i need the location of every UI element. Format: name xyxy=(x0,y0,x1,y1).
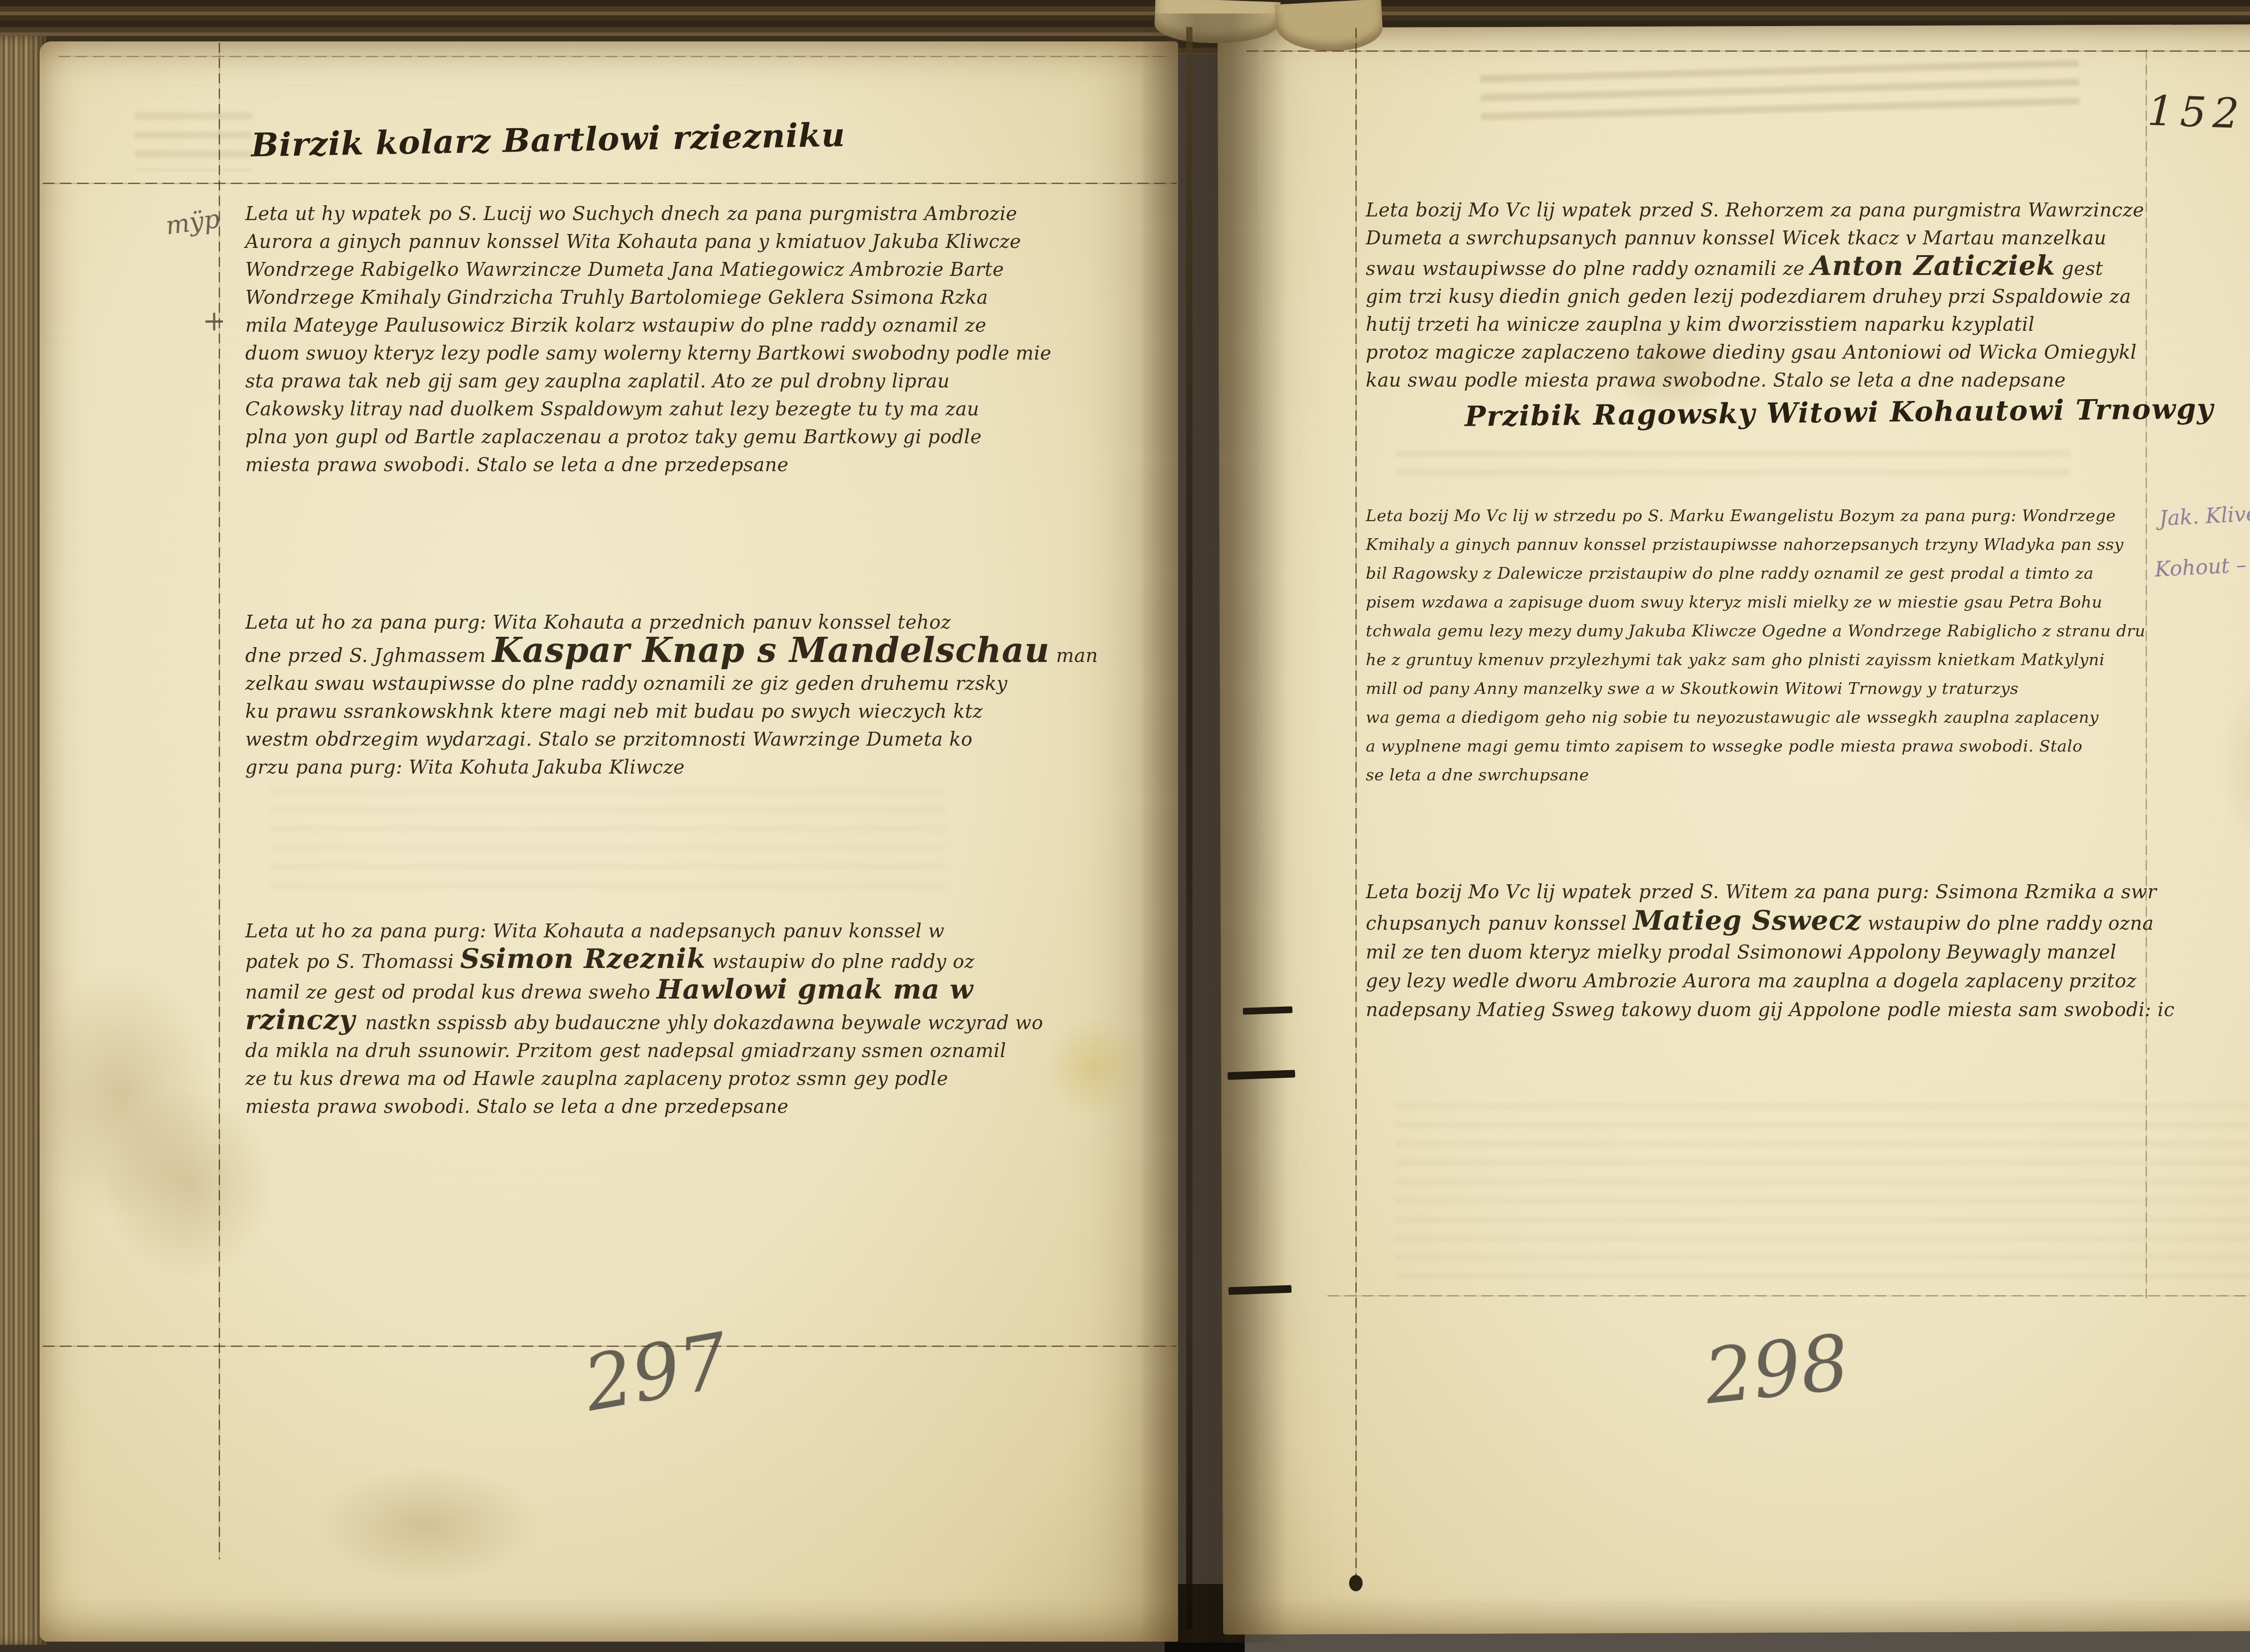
manuscript-line: miesta prawa swobodi. Stalo se leta a dn… xyxy=(245,451,1052,479)
manuscript-line: patek po S. Thomassi Ssimon Rzeznik wsta… xyxy=(245,945,1043,976)
manuscript-line: sta prawa tak neb gij sam gey zauplna za… xyxy=(245,367,1052,395)
manuscript-text: nadepsany Matieg Ssweg takowy duom gij A… xyxy=(1366,999,2175,1021)
manuscript-line: Wondrzege Kmihaly Gindrzicha Truhly Bart… xyxy=(245,284,1052,311)
manuscript-text: Cakowsky litray nad duolkem Sspaldowym z… xyxy=(245,398,979,420)
manuscript-text: Wondrzege Rabigelko Wawrzincze Dumeta Ja… xyxy=(245,258,1004,280)
manuscript-line: se leta a dne swrchupsane xyxy=(1366,761,2146,790)
manuscript-line: tchwala gemu lezy mezy dumy Jakuba Kliwc… xyxy=(1366,617,2146,646)
manuscript-text: miesta prawa swobodi. Stalo se leta a dn… xyxy=(245,1095,788,1117)
manuscript-text: Wondrzege Kmihaly Gindrzicha Truhly Bart… xyxy=(245,286,988,308)
ruled-right-margin-line xyxy=(2146,50,2147,1298)
left-fore-edge-pages xyxy=(0,36,46,1645)
manuscript-text: man xyxy=(1050,644,1098,666)
manuscript-text: protoz magicze zaplaczeno takowe diediny… xyxy=(1366,341,2137,363)
manuscript-line: bil Ragowsky z Dalewicze przistaupiw do … xyxy=(1366,559,2146,588)
manuscript-line: ku prawu ssrankowskhnk ktere magi neb mi… xyxy=(245,698,1098,725)
manuscript-text: Anton Zaticziek xyxy=(1811,250,2056,282)
manuscript-line: da mikla na druh ssunowir. Przitom gest … xyxy=(245,1037,1043,1065)
ruled-margin-line-right-page xyxy=(1355,28,1357,1585)
manuscript-line: Dumeta a swrchupsanych pannuv konssel Wi… xyxy=(1366,224,2144,252)
manuscript-text: wstaupiw do plne raddy ozna xyxy=(1861,912,2154,934)
manuscript-line: nadepsany Matieg Ssweg takowy duom gij A… xyxy=(1366,995,2175,1024)
manuscript-line: wa gema a diedigom geho nig sobie tu ney… xyxy=(1366,703,2146,732)
manuscript-paragraph: Leta bozij Mo Vc lij w strzedu po S. Mar… xyxy=(1366,502,2146,790)
ink-blot xyxy=(1349,1575,1363,1591)
manuscript-text: Kmihaly a ginych pannuv konssel przistau… xyxy=(1366,536,2124,554)
ruled-margin-line-left-page xyxy=(219,43,220,1559)
manuscript-line: Leta bozij Mo Vc lij wpatek przed S. Reh… xyxy=(1366,196,2144,224)
manuscript-text: patek po S. Thomassi xyxy=(245,950,460,972)
manuscript-paragraph: Leta ut hy wpatek po S. Lucij wo Suchych… xyxy=(245,200,1052,479)
manuscript-line: mila Mateyge Paulusowicz Birzik kolarz w… xyxy=(245,311,1052,339)
manuscript-line: gim trzi kusy diedin gnich geden lezij p… xyxy=(1366,283,2144,311)
manuscript-text: miesta prawa swobodi. Stalo se leta a dn… xyxy=(245,454,788,476)
manuscript-text: he z gruntuy kmenuv przylezhymi tak yakz… xyxy=(1366,651,2105,669)
ruled-line-under-heading xyxy=(43,183,1177,184)
manuscript-line: a wyplnene magi gemu timto zapisem to ws… xyxy=(1366,732,2146,761)
manuscript-line: Wondrzege Rabigelko Wawrzincze Dumeta Ja… xyxy=(245,256,1052,284)
manuscript-text: Leta ut hy wpatek po S. Lucij wo Suchych… xyxy=(245,203,1017,225)
manuscript-line: protoz magicze zaplaczeno takowe diediny… xyxy=(1366,338,2144,366)
manuscript-text: Kaspar Knap s Mandelschau xyxy=(492,630,1050,670)
manuscript-text: plna yon gupl od Bartle zaplaczenau a pr… xyxy=(245,426,982,448)
manuscript-line: swau wstaupiwsse do plne raddy oznamili … xyxy=(1366,252,2144,283)
manuscript-text: gey lezy wedle dworu Ambrozie Aurora ma … xyxy=(1366,970,2137,992)
manuscript-line: namil ze gest od prodal kus drewa sweho … xyxy=(245,976,1043,1006)
manuscript-text: mil ze ten duom kteryz mielky prodal Ssi… xyxy=(1366,941,2116,963)
manuscript-text: bil Ragowsky z Dalewicze przistaupiw do … xyxy=(1366,564,2093,583)
manuscript-line: plna yon gupl od Bartle zaplaczenau a pr… xyxy=(245,423,1052,451)
manuscript-text: tchwala gemu lezy mezy dumy Jakuba Kliwc… xyxy=(1366,622,2146,640)
manuscript-text: nastkn sspissb aby budauczne yhly dokazd… xyxy=(365,1012,1043,1034)
manuscript-text: wstaupiw do plne raddy oz xyxy=(706,950,975,972)
manuscript-line: Kmihaly a ginych pannuv konssel przistau… xyxy=(1366,531,2146,559)
manuscript-scan: Birzik kolarz Bartlowi rziezniku mÿp + L… xyxy=(0,0,2250,1652)
manuscript-text: wa gema a diedigom geho nig sobie tu ney… xyxy=(1366,708,2099,727)
manuscript-line: duom swuoy kteryz lezy podle samy wolern… xyxy=(245,339,1052,367)
manuscript-text: gim trzi kusy diedin gnich geden lezij p… xyxy=(1366,285,2131,307)
manuscript-text: gest xyxy=(2056,257,2103,279)
manuscript-line: hutij trzeti ha winicze zauplna y kim dw… xyxy=(1366,311,2144,338)
manuscript-line: grzu pana purg: Wita Kohuta Jakuba Kliwc… xyxy=(245,753,1098,781)
manuscript-line: he z gruntuy kmenuv przylezhymi tak yakz… xyxy=(1366,646,2146,675)
manuscript-line: gey lezy wedle dworu Ambrozie Aurora ma … xyxy=(1366,967,2175,995)
manuscript-text: mill od pany Anny manzelky swe a w Skout… xyxy=(1366,680,2019,698)
manuscript-text: zelkau swau wstaupiwsse do plne raddy oz… xyxy=(245,672,1008,694)
manuscript-line: rzinczy nastkn sspissb aby budauczne yhl… xyxy=(245,1006,1043,1037)
manuscript-text: Leta bozij Mo Vc lij w strzedu po S. Mar… xyxy=(1366,507,2116,525)
pencil-page-number-right: 298 xyxy=(1701,1319,1853,1421)
manuscript-text: Leta bozij Mo Vc lij wpatek przed S. Wit… xyxy=(1366,881,2156,903)
manuscript-line: Cakowsky litray nad duolkem Sspaldowym z… xyxy=(245,395,1052,423)
manuscript-text: kau swau podle miesta prawa swobodne. St… xyxy=(1366,369,2066,391)
manuscript-text: da mikla na druh ssunowir. Przitom gest … xyxy=(245,1040,1006,1062)
manuscript-text: rzinczy xyxy=(245,1004,365,1036)
ruled-line-top-left-page xyxy=(58,56,1170,57)
manuscript-text: pisem wzdawa a zapisuge duom swuy kteryz… xyxy=(1366,593,2102,612)
manuscript-line: Leta bozij Mo Vc lij w strzedu po S. Mar… xyxy=(1366,502,2146,531)
manuscript-line: dne przed S. Jghmassem Kaspar Knap s Man… xyxy=(245,636,1098,670)
manuscript-line: pisem wzdawa a zapisuge duom swuy kteryz… xyxy=(1366,588,2146,617)
manuscript-text: grzu pana purg: Wita Kohuta Jakuba Kliwc… xyxy=(245,756,685,778)
manuscript-text: Ssimon Rzeznik xyxy=(460,943,706,975)
manuscript-text: Matieg Sswecz xyxy=(1633,905,1861,936)
manuscript-text: dne przed S. Jghmassem xyxy=(245,644,492,666)
manuscript-text: duom swuoy kteryz lezy podle samy wolern… xyxy=(245,342,1052,364)
manuscript-text: Aurora a ginych pannuv konssel Wita Koha… xyxy=(245,230,1021,252)
manuscript-text: hutij trzeti ha winicze zauplna y kim dw… xyxy=(1366,313,2034,335)
manuscript-line: ze tu kus drewa ma od Hawle zauplna zapl… xyxy=(245,1065,1043,1093)
manuscript-text: a wyplnene magi gemu timto zapisem to ws… xyxy=(1366,737,2083,756)
manuscript-paragraph: Leta ut ho za pana purg: Wita Kohauta a … xyxy=(245,917,1043,1121)
manuscript-paragraph: Leta bozij Mo Vc lij wpatek przed S. Reh… xyxy=(1366,196,2144,394)
manuscript-line: Aurora a ginych pannuv konssel Wita Koha… xyxy=(245,228,1052,256)
manuscript-line: zelkau swau wstaupiwsse do plne raddy oz… xyxy=(245,670,1098,698)
manuscript-text: swau wstaupiwsse do plne raddy oznamili … xyxy=(1366,257,1811,279)
manuscript-text: mila Mateyge Paulusowicz Birzik kolarz w… xyxy=(245,314,986,336)
margin-cross-mark: + xyxy=(202,304,226,337)
manuscript-line: miesta prawa swobodi. Stalo se leta a dn… xyxy=(245,1093,1043,1121)
manuscript-paragraph: Leta bozij Mo Vc lij wpatek przed S. Wit… xyxy=(1366,878,2175,1024)
ruled-line-bottom-right-page xyxy=(1327,1295,2250,1296)
manuscript-line: mil ze ten duom kteryz mielky prodal Ssi… xyxy=(1366,938,2175,967)
manuscript-text: chupsanych panuv konssel xyxy=(1366,912,1633,934)
manuscript-text: ku prawu ssrankowskhnk ktere magi neb mi… xyxy=(245,700,983,722)
ruled-line-top-right-page xyxy=(1246,50,2250,52)
manuscript-text: ze tu kus drewa ma od Hawle zauplna zapl… xyxy=(245,1067,948,1089)
manuscript-text: Dumeta a swrchupsanych pannuv konssel Wi… xyxy=(1366,227,2106,249)
manuscript-text: namil ze gest od prodal kus drewa sweho xyxy=(245,981,657,1003)
manuscript-paragraph: Leta ut ho za pana purg: Wita Kohauta a … xyxy=(245,608,1098,781)
manuscript-text: Leta ut ho za pana purg: Wita Kohauta a … xyxy=(245,920,945,942)
manuscript-text: westm obdrzegim wydarzagi. Stalo se przi… xyxy=(245,728,972,750)
gutter-fold-line xyxy=(1186,27,1192,1629)
manuscript-line: Leta ut ho za pana purg: Wita Kohauta a … xyxy=(245,917,1043,945)
manuscript-text: Leta bozij Mo Vc lij wpatek przed S. Reh… xyxy=(1366,199,2144,221)
manuscript-line: chupsanych panuv konssel Matieg Sswecz w… xyxy=(1366,906,2175,938)
folio-number: 152 xyxy=(2146,86,2246,138)
manuscript-text: Hawlowi gmak ma w xyxy=(657,974,973,1005)
manuscript-text: se leta a dne swrchupsane xyxy=(1366,766,1589,784)
manuscript-line: mill od pany Anny manzelky swe a w Skout… xyxy=(1366,675,2146,703)
manuscript-text: sta prawa tak neb gij sam gey zauplna za… xyxy=(245,370,950,392)
manuscript-line: Leta bozij Mo Vc lij wpatek przed S. Wit… xyxy=(1366,878,2175,906)
manuscript-line: Leta ut hy wpatek po S. Lucij wo Suchych… xyxy=(245,200,1052,228)
manuscript-line: westm obdrzegim wydarzagi. Stalo se przi… xyxy=(245,725,1098,753)
manuscript-line: kau swau podle miesta prawa swobodne. St… xyxy=(1366,366,2144,394)
